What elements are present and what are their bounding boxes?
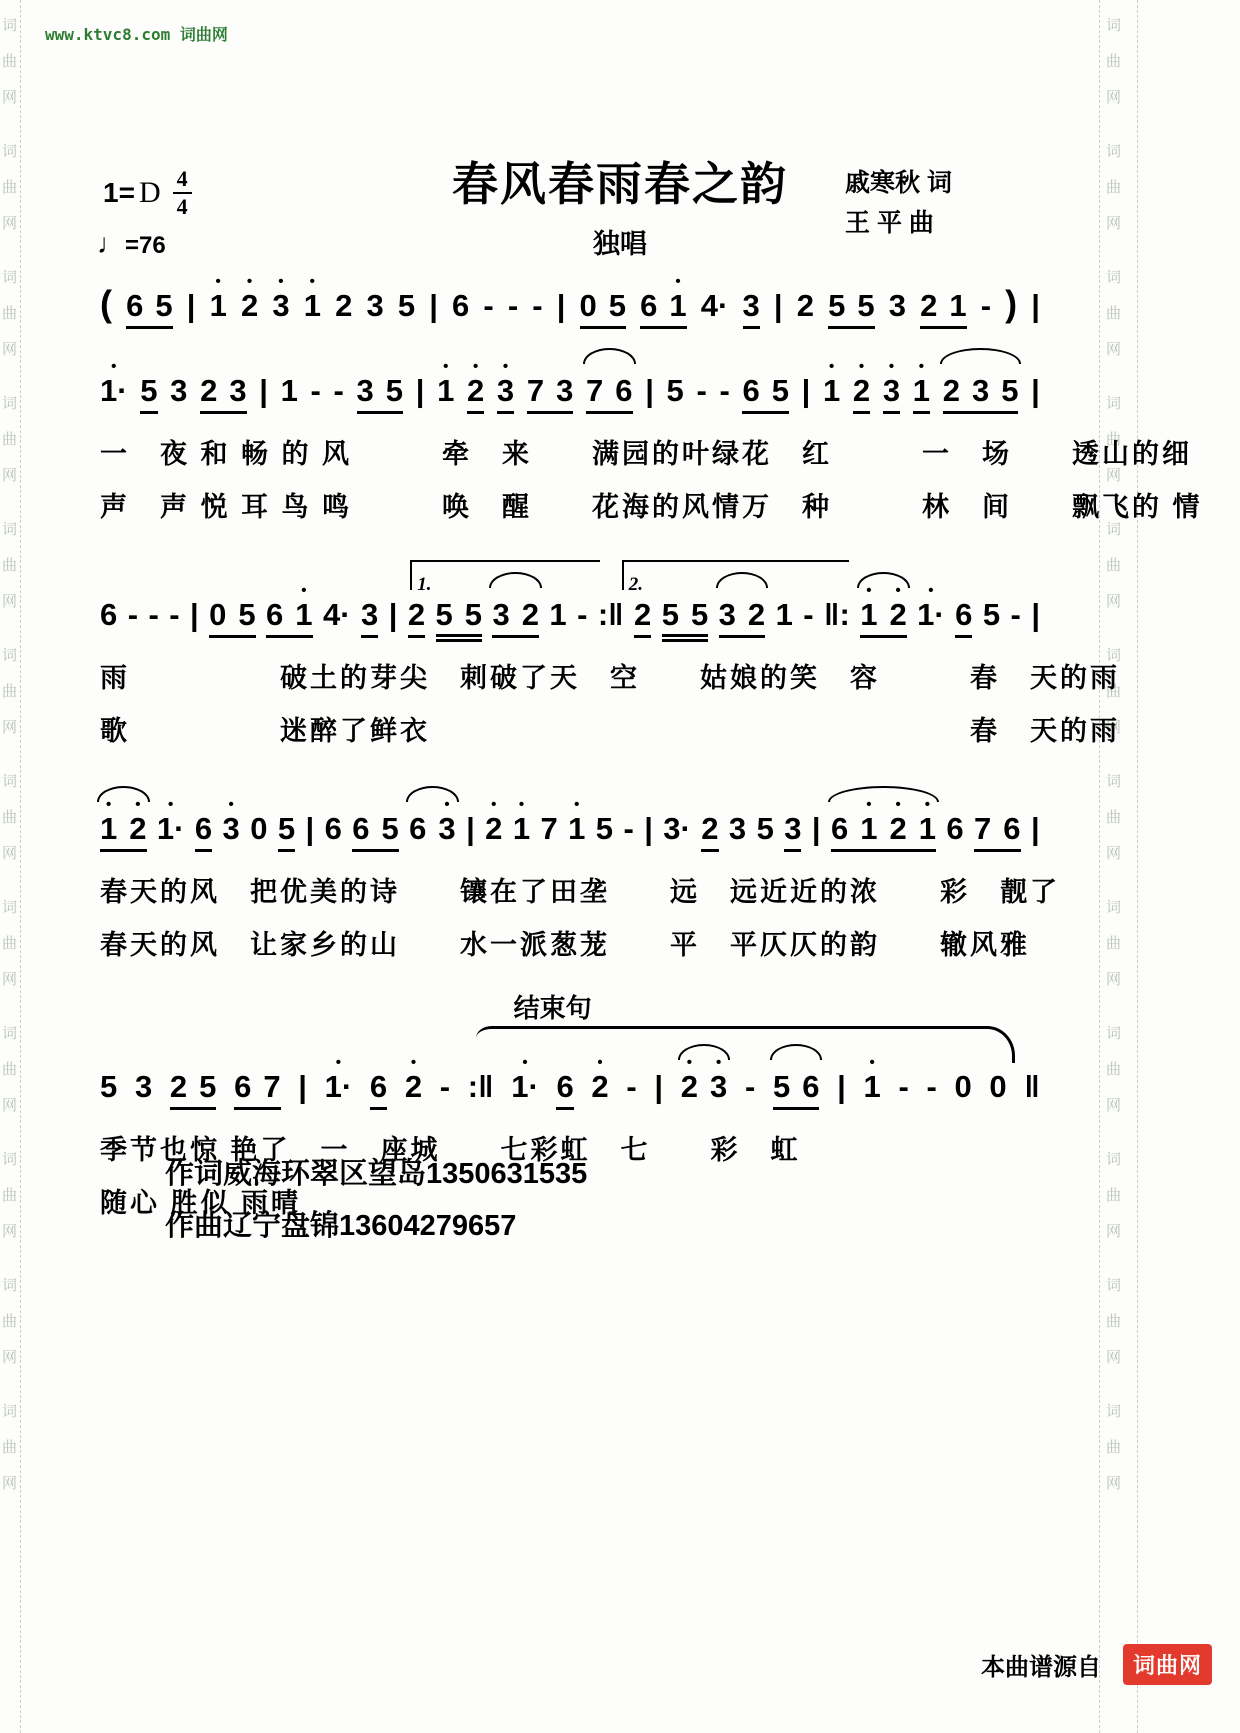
side-watermark-char: 网 <box>2 1214 17 1250</box>
octave-dot: • <box>278 274 283 289</box>
side-watermark-char: 词 <box>1106 764 1121 800</box>
side-watermark-char: 词 <box>1106 8 1121 44</box>
note-token: - <box>169 596 179 633</box>
note-token: 6 <box>615 372 632 409</box>
note-token: 3 <box>361 596 378 638</box>
note-group: 55 <box>662 596 709 642</box>
note-group: 61•2•1• <box>831 810 936 852</box>
note-token: 0 <box>209 596 226 633</box>
note-token: 5 <box>667 372 684 409</box>
note-token: 1 <box>949 287 966 324</box>
note-group: 55 <box>828 287 875 329</box>
note-token: 6 <box>452 287 469 324</box>
music-line: 6---|0561•4·3|255321-:‖255321-‖:1•2•1·•6… <box>100 596 1040 748</box>
barline: | <box>1031 596 1040 633</box>
note-group: 65 <box>742 372 789 414</box>
side-watermark-char: 词 <box>2 764 17 800</box>
note-token: 6 <box>370 1068 387 1110</box>
note-token: 2• <box>889 810 906 847</box>
note-token: 3 <box>743 287 760 329</box>
barline: | <box>1031 810 1040 847</box>
side-watermark-char: 曲 <box>1106 926 1121 962</box>
note-token: 5 <box>386 372 403 409</box>
note-token: 5 <box>1001 372 1018 409</box>
note-group: 76 <box>586 372 633 414</box>
notation-row: 532567|1·•62•-:‖1·•62•-|2•3•-56|1•--00‖结… <box>100 1068 1040 1114</box>
note-token: 2 <box>408 596 425 638</box>
note-token: 6 <box>955 596 972 638</box>
side-watermark-char: 词 <box>2 260 17 296</box>
note-group: 55 <box>436 596 483 642</box>
side-watermark-char: 网 <box>2 458 17 494</box>
note-token: 0 <box>580 287 597 324</box>
notation-row: (65|1•2•3•1•235|6---|0561•4·3|255321-)| <box>100 282 1040 328</box>
note-token: 6 <box>195 810 212 852</box>
octave-dot: • <box>491 797 496 812</box>
side-watermark-char: 词 <box>1106 260 1121 296</box>
side-watermark-char: 词 <box>2 638 17 674</box>
note-token: 5 <box>773 1068 790 1105</box>
note-token: 6 <box>802 1068 819 1105</box>
side-watermark-char: 网 <box>2 962 17 998</box>
note-token: 6 <box>325 810 342 847</box>
octave-dot: • <box>866 583 871 598</box>
note-token: 3• <box>223 810 240 847</box>
note-token: 1• <box>304 287 321 324</box>
note-group: 73 <box>527 372 574 414</box>
music-line: 1•2•1·•63•05|66563•|2•1•71•5-|3·2353|61•… <box>100 810 1040 962</box>
octave-dot: • <box>411 1055 416 1070</box>
octave-dot: • <box>829 359 834 374</box>
side-watermark-char: 词 <box>2 1394 17 1430</box>
octave-dot: • <box>895 797 900 812</box>
side-watermark-char: 曲 <box>2 44 17 80</box>
note-token: 7 <box>974 810 991 847</box>
note-token: 5 <box>278 810 295 852</box>
octave-dot: • <box>216 274 221 289</box>
note-token: - <box>926 1068 936 1105</box>
note-token: - <box>440 1068 450 1105</box>
note-token: 1• <box>568 810 585 847</box>
note-token: 5 <box>662 596 679 633</box>
octave-dot: • <box>301 583 306 598</box>
note-token: 2• <box>485 810 502 847</box>
note-token: 1• <box>864 1068 881 1105</box>
note-token: 3 <box>889 287 906 324</box>
note-token: - <box>311 372 321 409</box>
octave-dot: • <box>135 797 140 812</box>
side-watermark-char: 曲 <box>1106 1052 1121 1088</box>
note-token: 1• <box>100 810 117 847</box>
side-watermark-char: 曲 <box>2 296 17 332</box>
note-token: - <box>745 1068 755 1105</box>
barline: | <box>389 596 398 633</box>
octave-dot: • <box>574 797 579 812</box>
note-token: - <box>898 1068 908 1105</box>
note-token: 2 <box>920 287 937 324</box>
note-group: 35 <box>357 372 404 414</box>
note-token: 5 <box>382 810 399 847</box>
note-group: 23 <box>200 372 247 414</box>
note-token: 6 <box>640 287 657 324</box>
volta-number: 2. <box>629 574 643 596</box>
note-token: 1• <box>437 372 454 409</box>
note-token: - <box>696 372 706 409</box>
lyrics-row: 雨 破土的芽尖 刺破了天 空 姑娘的笑 容 春 天的雨 <box>100 656 1040 695</box>
note-token: 1• <box>823 372 840 409</box>
note-token: 3 <box>729 810 746 847</box>
note-token: 6 <box>1003 810 1020 847</box>
note-token: 7 <box>527 372 544 409</box>
barline: | <box>190 596 199 633</box>
lyrics-row: 声 声 悦 耳 鸟 鸣 唤 醒 花海的风情万 种 林 间 飘飞的 情 <box>100 485 1040 524</box>
barline: | <box>644 810 653 847</box>
barline: | <box>654 1068 663 1105</box>
octave-dot: • <box>106 797 111 812</box>
note-group: 235 <box>943 372 1019 414</box>
barline: | <box>298 1068 307 1105</box>
note-token: - <box>623 810 633 847</box>
note-token: 3• <box>438 810 455 847</box>
note-token: 5 <box>857 287 874 324</box>
note-token: 6 <box>266 596 283 633</box>
note-token: 6 <box>126 287 143 324</box>
lyricist-contact: 作词威海环翠区望岛1350631535 <box>165 1148 587 1200</box>
side-watermark-char: 曲 <box>1106 800 1121 836</box>
note-token: 0 <box>954 1068 971 1105</box>
note-token: 6 <box>831 810 848 847</box>
side-watermark-char: 曲 <box>2 800 17 836</box>
score-area: (65|1•2•3•1•235|6---|0561•4·3|255321-)|1… <box>100 262 1040 1220</box>
side-watermark-char: 曲 <box>2 548 17 584</box>
note-group: 65 <box>352 810 399 852</box>
site-badge: 词曲网 <box>1123 1644 1212 1685</box>
octave-dot: • <box>895 583 900 598</box>
side-watermark-char: 曲 <box>2 674 17 710</box>
note-group: 21 <box>920 287 967 329</box>
octave-dot: • <box>473 359 478 374</box>
note-token: - <box>577 596 587 633</box>
barline: | <box>306 810 315 847</box>
side-watermark-char: 网 <box>2 1340 17 1376</box>
note-token: 1• <box>295 596 312 633</box>
note-token: 3• <box>272 287 289 324</box>
note-group: 76 <box>974 810 1021 852</box>
note-group: 2•3• <box>681 1068 728 1105</box>
barline: ‖: <box>824 596 850 633</box>
barline: | <box>557 287 566 324</box>
lyrics-row: 一 夜 和 畅 的 风 牵 来 满园的叶绿花 红 一 场 透山的细 <box>100 432 1040 471</box>
side-watermark-char: 网 <box>1106 962 1121 998</box>
volta-number: 1. <box>417 574 431 596</box>
side-watermark-char: 词 <box>1106 386 1121 422</box>
note-group: 1•2• <box>100 810 147 852</box>
note-token: 2 <box>335 287 352 324</box>
side-watermark-char: 网 <box>1106 1466 1121 1502</box>
octave-dot: • <box>889 359 894 374</box>
note-group: 25 <box>170 1068 217 1110</box>
barline: | <box>802 372 811 409</box>
note-token: 2• <box>681 1068 698 1105</box>
note-token: 2 <box>634 596 651 638</box>
note-token: - <box>483 287 493 324</box>
note-token: 1• <box>860 810 877 847</box>
note-token: 2• <box>241 287 258 324</box>
side-watermark-char: 词 <box>2 890 17 926</box>
notation-row: 1·•5323|1--35|1•2•3•7376|5--65|1•2•3•1•2… <box>100 372 1040 418</box>
note-token: 6 <box>409 810 426 847</box>
performance-type: 独唱 <box>0 222 1240 261</box>
side-watermark-char: 曲 <box>1106 1304 1121 1340</box>
side-watermark-char: 网 <box>2 332 17 368</box>
music-line: (65|1•2•3•1•235|6---|0561•4·3|255321-)| <box>100 282 1040 328</box>
side-watermark-char: 网 <box>2 1088 17 1124</box>
barline: | <box>645 372 654 409</box>
note-group: 65 <box>126 287 173 329</box>
note-group: 1•2• <box>860 596 907 638</box>
side-watermark-char: 词 <box>1106 1268 1121 1304</box>
note-token: - <box>532 287 542 324</box>
note-token: 2• <box>405 1068 422 1105</box>
lyrics-row: 春天的风 让家乡的山 水一派葱茏 平 平仄仄的韵 辙风雅 <box>100 923 1040 962</box>
note-token: 7 <box>586 372 603 409</box>
octave-dot: • <box>866 797 871 812</box>
note-token: 2 <box>797 287 814 324</box>
octave-dot: • <box>229 797 234 812</box>
note-token: 6 <box>556 1068 573 1110</box>
octave-dot: • <box>519 797 524 812</box>
ending-phrase-slur <box>476 1026 1015 1063</box>
side-watermark-char: 词 <box>2 1268 17 1304</box>
note-token: 7 <box>540 810 557 847</box>
note-token: - <box>508 287 518 324</box>
note-token: - <box>626 1068 636 1105</box>
note-token: 5 <box>596 810 613 847</box>
note-group: 05 <box>580 287 627 329</box>
song-title: 春风春雨春之韵 <box>0 148 1240 214</box>
octave-dot: • <box>336 1055 341 1070</box>
note-token: 6 <box>946 810 963 847</box>
note-token: 2 <box>200 372 217 409</box>
note-token: 1 <box>549 596 566 633</box>
ending-phrase-label: 结束句 <box>514 988 592 1025</box>
note-token: 2• <box>467 372 484 414</box>
octave-dot: • <box>247 274 252 289</box>
side-watermark-char: 曲 <box>2 926 17 962</box>
note-token: 5 <box>983 596 1000 633</box>
note-token: 1• <box>210 287 227 324</box>
note-token: 1• <box>913 372 930 414</box>
side-watermark-char: 网 <box>1106 1214 1121 1250</box>
barline: | <box>1031 372 1040 409</box>
note-token: 1 <box>281 372 298 409</box>
volta-bracket: 1. <box>410 560 600 590</box>
side-watermark-char: 网 <box>2 584 17 620</box>
note-token: 0 <box>250 810 267 847</box>
note-group: 61• <box>266 596 313 638</box>
note-token: - <box>334 372 344 409</box>
note-token: 1·• <box>100 372 128 409</box>
side-watermark-char: 曲 <box>1106 1430 1121 1466</box>
source-label: 本曲谱源自 <box>981 1647 1101 1682</box>
note-token: - <box>981 287 991 324</box>
note-token: 1·• <box>157 810 185 847</box>
octave-dot: • <box>310 274 315 289</box>
note-token: 3• <box>710 1068 727 1105</box>
side-watermark-char: 曲 <box>2 422 17 458</box>
side-watermark-char: 曲 <box>2 1304 17 1340</box>
side-watermark-char: 曲 <box>2 1052 17 1088</box>
side-watermark-char: 网 <box>2 1466 17 1502</box>
note-token: 3 <box>135 1068 152 1105</box>
barline: | <box>259 372 268 409</box>
note-token: 1·• <box>917 596 945 633</box>
note-group: 61• <box>640 287 687 329</box>
note-token: 6 <box>234 1068 251 1105</box>
note-token: - <box>719 372 729 409</box>
note-token: - <box>128 596 138 633</box>
note-token: 5 <box>100 1068 117 1105</box>
side-watermark-char: 网 <box>1106 80 1121 116</box>
note-group: 05 <box>209 596 256 638</box>
barline: | <box>837 1068 846 1105</box>
side-watermark-char: 词 <box>1106 1016 1121 1052</box>
note-token: 0 <box>989 1068 1006 1105</box>
side-watermark-char: 曲 <box>1106 44 1121 80</box>
octave-dot: • <box>111 359 116 374</box>
note-token: 3 <box>719 596 736 633</box>
note-token: 1·• <box>325 1068 353 1105</box>
note-token: 7 <box>263 1068 280 1105</box>
note-token: 5 <box>609 287 626 324</box>
octave-dot: • <box>859 359 864 374</box>
note-token: 5 <box>140 372 157 414</box>
note-token: 2• <box>889 596 906 633</box>
note-token: - <box>803 596 813 633</box>
note-token: 3 <box>357 372 374 409</box>
notation-row: 1•2•1·•63•05|66563•|2•1•71•5-|3·2353|61•… <box>100 810 1040 856</box>
note-token: 3 <box>784 810 801 852</box>
side-watermark-char: 曲 <box>1106 296 1121 332</box>
note-token: 3 <box>229 372 246 409</box>
note-token: 3• <box>497 372 514 414</box>
lyrics-row: 歌 迷醉了鲜衣 春 天的雨 <box>100 709 1040 748</box>
note-token: 1• <box>860 596 877 633</box>
note-token: 3 <box>492 596 509 633</box>
note-token: 4· <box>323 596 351 633</box>
note-token: 1• <box>669 287 686 324</box>
side-watermark-char: 网 <box>1106 836 1121 872</box>
note-token: 5 <box>199 1068 216 1105</box>
octave-dot: • <box>503 359 508 374</box>
note-token: 3· <box>663 810 691 847</box>
note-group: 56 <box>773 1068 820 1110</box>
octave-dot: • <box>919 359 924 374</box>
octave-dot: • <box>443 359 448 374</box>
site-watermark: www.ktvc8.com 词曲网 <box>45 22 228 45</box>
note-token: 2 <box>748 596 765 633</box>
side-watermark-char: 网 <box>1106 584 1121 620</box>
barline: | <box>1031 287 1040 324</box>
credits: 戚寒秋 词王 平 曲 <box>845 163 952 243</box>
note-token: 6 <box>742 372 759 409</box>
note-group: 63• <box>409 810 456 847</box>
music-line: 1·•5323|1--35|1•2•3•7376|5--65|1•2•3•1•2… <box>100 372 1040 524</box>
side-watermark-char: 网 <box>2 710 17 746</box>
note-group: 67 <box>234 1068 281 1110</box>
side-watermark-char: 词 <box>1106 1394 1121 1430</box>
note-token: 2 <box>943 372 960 409</box>
note-token: 5 <box>757 810 774 847</box>
side-watermark-char: 词 <box>1106 1142 1121 1178</box>
octave-dot: • <box>675 274 680 289</box>
note-token: 2 <box>522 596 539 633</box>
note-token: 2• <box>591 1068 608 1105</box>
sheet-music-page: 词曲网词曲网词曲网词曲网词曲网词曲网词曲网词曲网词曲网词曲网词曲网词曲网 词曲网… <box>0 0 1240 1733</box>
composer-contact: 作曲辽宁盘锦13604279657 <box>165 1200 587 1252</box>
footer-bar: 本曲谱源自 词曲网 <box>981 1644 1212 1685</box>
side-watermark-char: 词 <box>2 386 17 422</box>
note-token: 5 <box>238 596 255 633</box>
note-token: 3 <box>170 372 187 409</box>
note-token: 2 <box>170 1068 187 1105</box>
side-watermark-char: 曲 <box>2 1178 17 1214</box>
side-watermark-char: 网 <box>1106 332 1121 368</box>
note-token: 1• <box>919 810 936 847</box>
lyricist-credit: 戚寒秋 词 <box>845 169 952 197</box>
note-token: ( <box>100 282 112 325</box>
barline: | <box>812 810 821 847</box>
note-token: 5 <box>398 287 415 324</box>
note-token: 6 <box>352 810 369 847</box>
note-token: 5 <box>155 287 172 324</box>
note-token: 3 <box>556 372 573 409</box>
composer-credit: 王 平 曲 <box>845 209 934 237</box>
octave-dot: • <box>928 583 933 598</box>
note-group: 32 <box>719 596 766 638</box>
note-token: ) <box>1005 282 1017 325</box>
note-token: 1·• <box>511 1068 539 1105</box>
contact-info: 作词威海环翠区望岛1350631535 作曲辽宁盘锦13604279657 <box>165 1148 587 1252</box>
side-watermark-char: 词 <box>2 1016 17 1052</box>
side-watermark-char: 词 <box>1106 890 1121 926</box>
octave-dot: • <box>168 797 173 812</box>
note-token: 2 <box>701 810 718 852</box>
octave-dot: • <box>925 797 930 812</box>
barline: | <box>429 287 438 324</box>
barline: :‖ <box>468 1068 494 1105</box>
side-watermark-char: 曲 <box>1106 1178 1121 1214</box>
note-token: 5 <box>772 372 789 409</box>
barline: | <box>416 372 425 409</box>
side-watermark-char: 曲 <box>1106 548 1121 584</box>
note-token: 4· <box>701 287 729 324</box>
note-group: 32 <box>492 596 539 638</box>
side-watermark-char: 词 <box>2 8 17 44</box>
note-token: 3 <box>972 372 989 409</box>
side-watermark-char: 词 <box>2 512 17 548</box>
note-token: 5 <box>691 596 708 633</box>
barline: :‖ <box>598 596 624 633</box>
note-token: 2• <box>129 810 146 847</box>
side-watermark-char: 网 <box>1106 1340 1121 1376</box>
side-watermark-char: 词 <box>2 1142 17 1178</box>
note-token: 3 <box>366 287 383 324</box>
note-token: 5 <box>828 287 845 324</box>
note-token: 1 <box>776 596 793 633</box>
barline: | <box>466 810 475 847</box>
note-token: - <box>148 596 158 633</box>
